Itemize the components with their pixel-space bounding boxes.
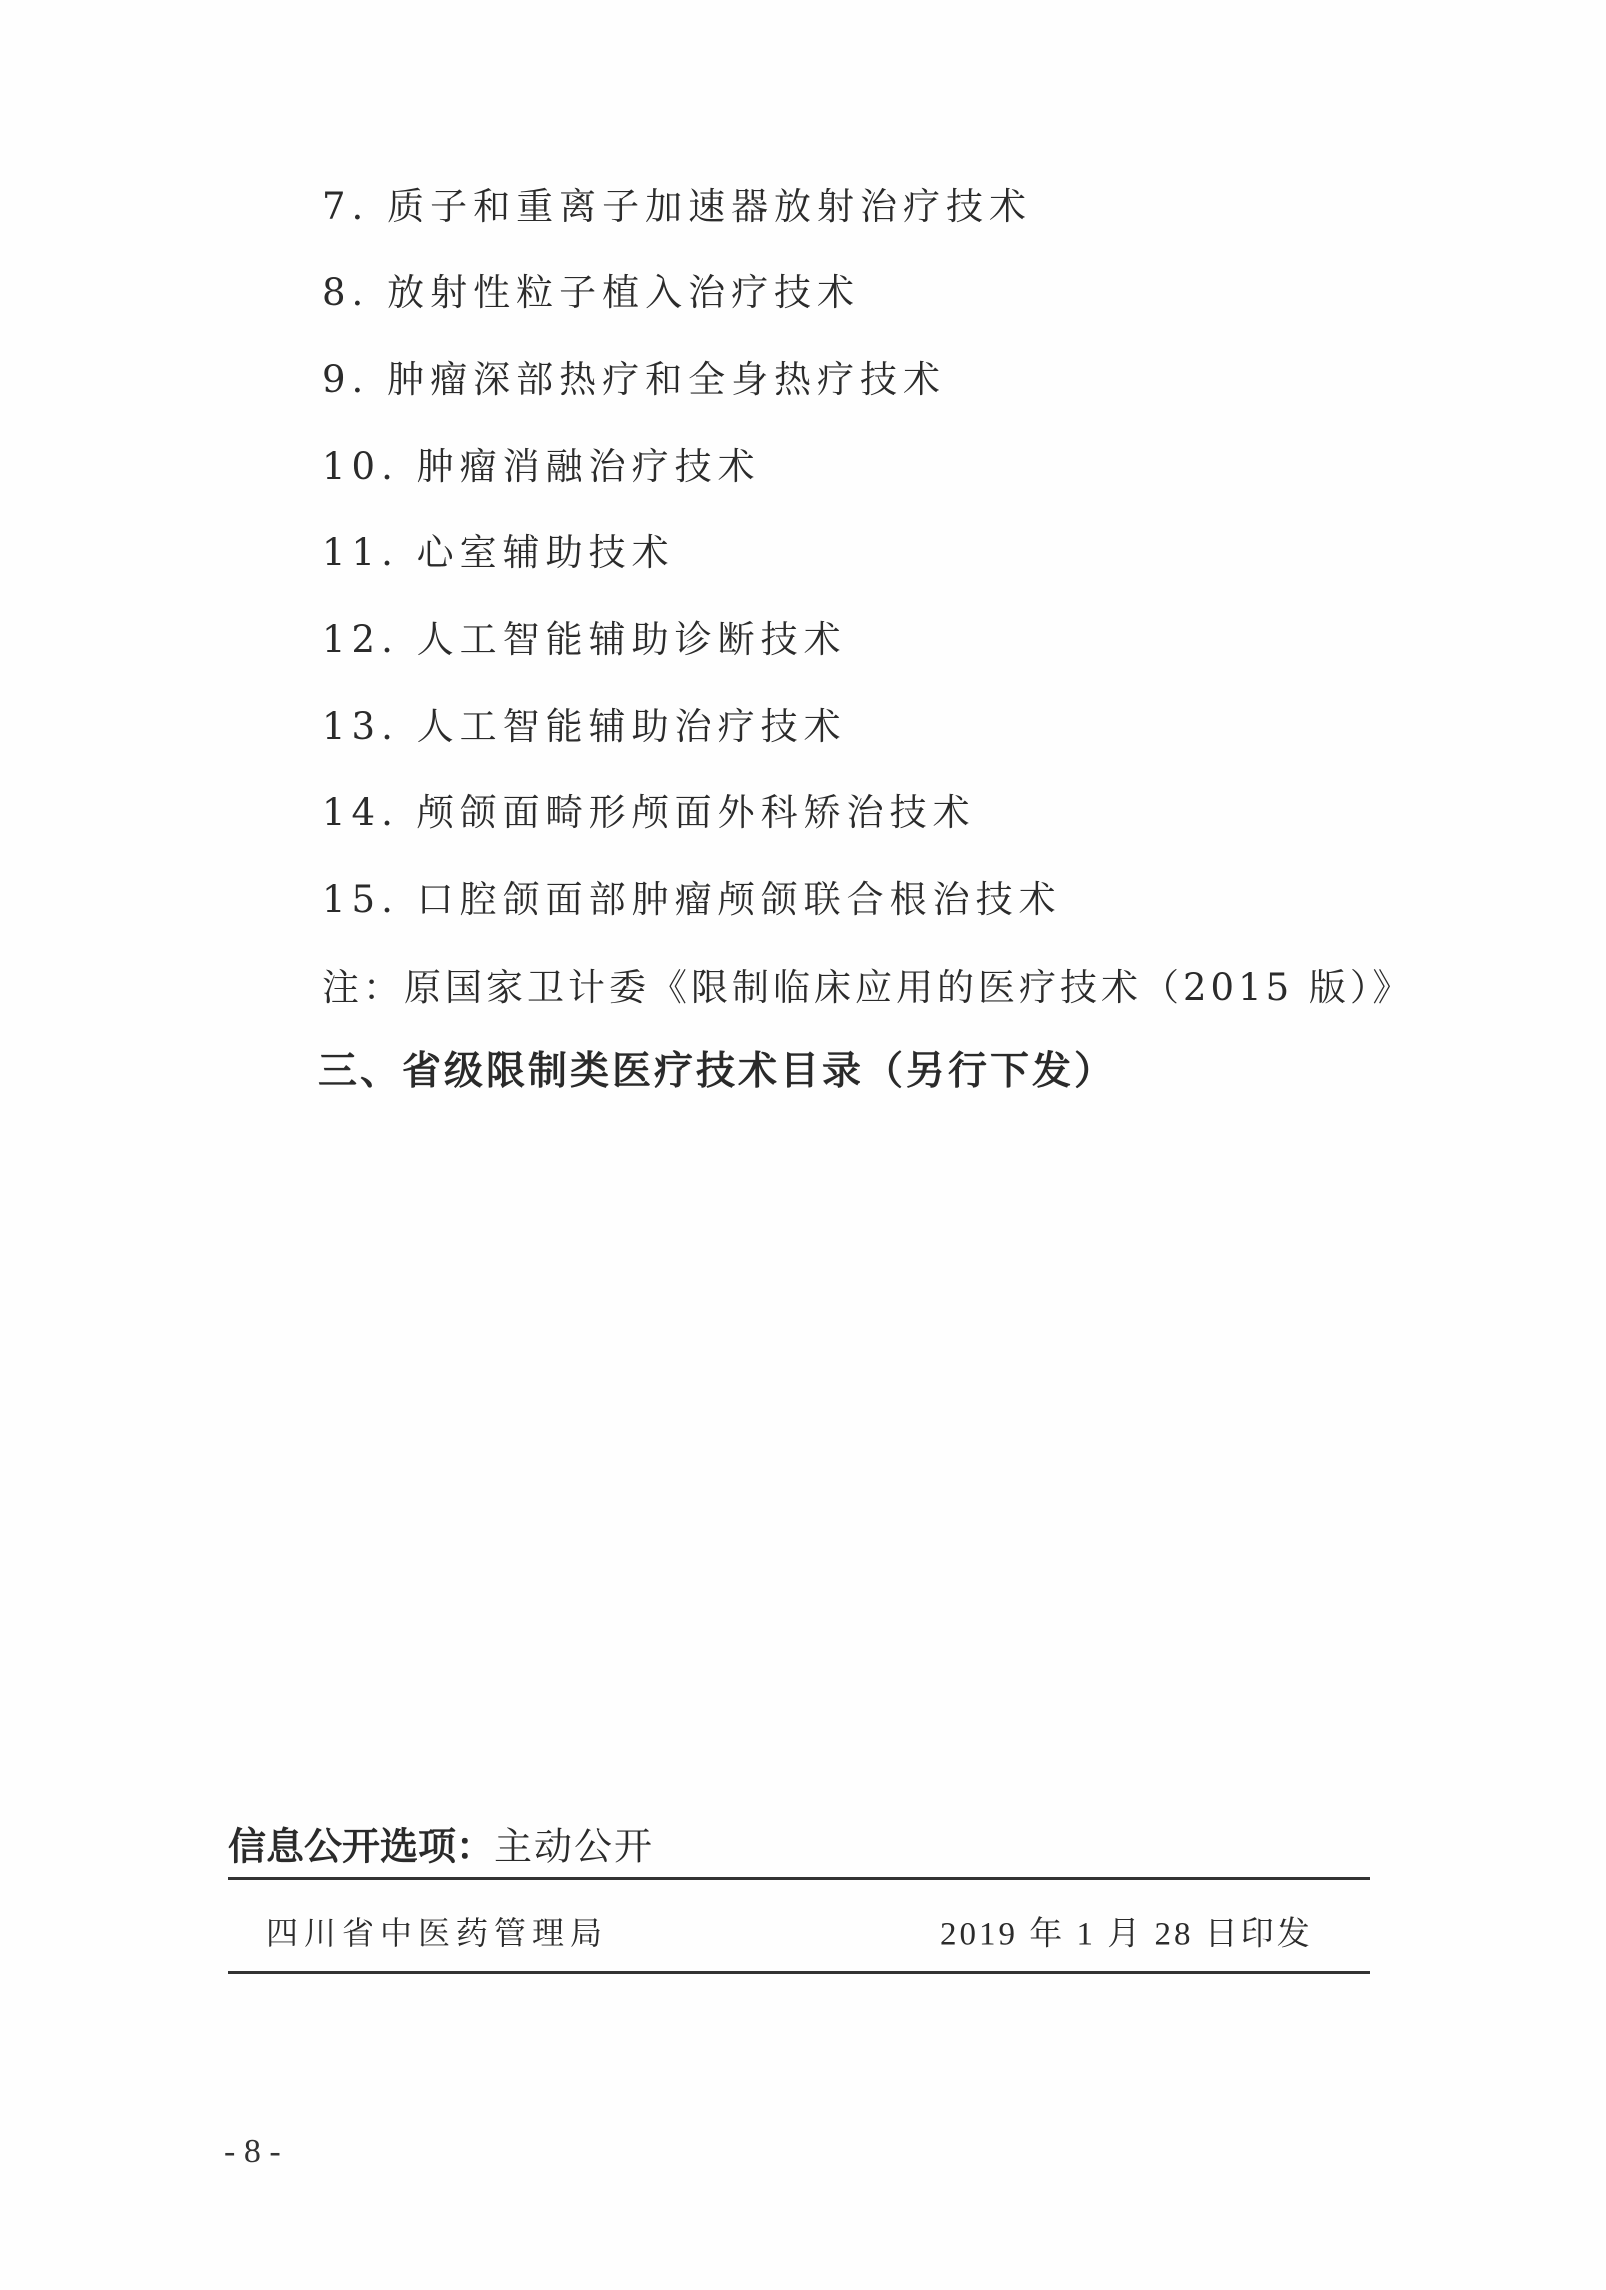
page-number: - 8 -	[224, 2133, 281, 2171]
list-item: 9. 肿瘤深部热疗和全身热疗技术	[322, 358, 946, 402]
footer-rule-bottom	[228, 1971, 1370, 1974]
list-item: 7. 质子和重离子加速器放射治疗技术	[322, 185, 1032, 229]
list-item: 12. 人工智能辅助诊断技术	[322, 618, 847, 662]
list-item: 14. 颅颌面畸形颅面外科矫治技术	[322, 791, 976, 835]
issuer-name: 四川省中医药管理局	[266, 1908, 608, 1954]
issue-date: 2019 年 1 月 28 日印发	[940, 1908, 1313, 1955]
disclosure-value: 主动公开	[494, 1825, 654, 1869]
list-item: 13. 人工智能辅助治疗技术	[322, 705, 847, 749]
note-text: 注：原国家卫计委《限制临床应用的医疗技术（2015 版）》	[322, 966, 1413, 1010]
disclosure-option: 信息公开选项：主动公开	[228, 1825, 654, 1870]
footer-rule-top	[228, 1877, 1370, 1880]
disclosure-label: 信息公开选项：	[228, 1825, 494, 1869]
document-page: 7. 质子和重离子加速器放射治疗技术 8. 放射性粒子植入治疗技术 9. 肿瘤深…	[0, 0, 1606, 2290]
section-heading: 三、省级限制类医疗技术目录（另行下发）	[318, 1049, 1116, 1095]
list-item: 15. 口腔颌面部肿瘤颅颌联合根治技术	[322, 878, 1062, 922]
list-item: 10. 肿瘤消融治疗技术	[322, 445, 761, 489]
list-item: 8. 放射性粒子植入治疗技术	[322, 271, 860, 315]
list-item: 11. 心室辅助技术	[322, 531, 675, 575]
